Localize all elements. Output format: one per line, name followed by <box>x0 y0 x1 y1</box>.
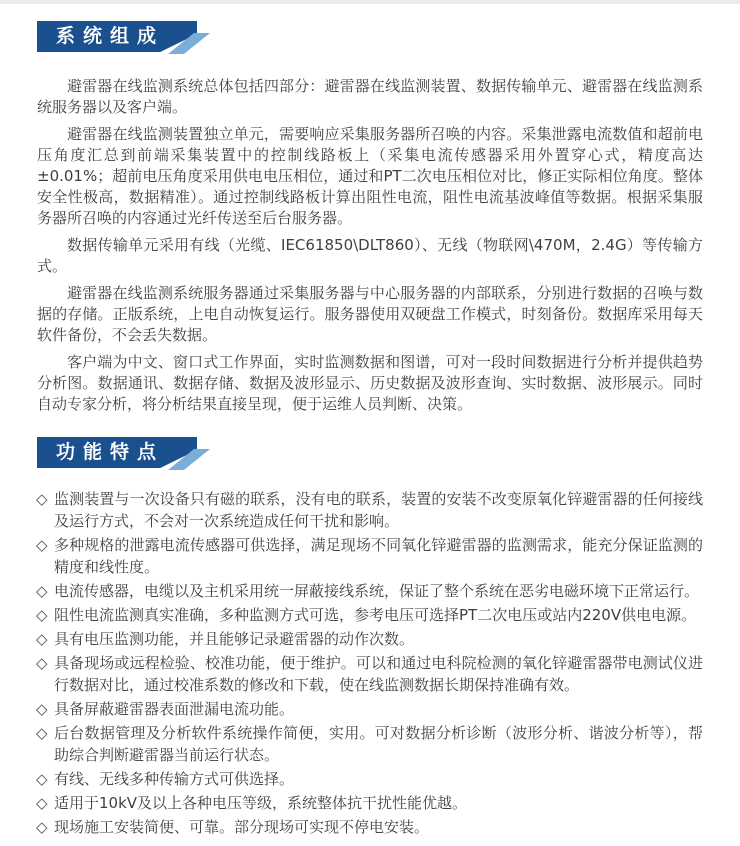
diamond-bullet-icon: ◇ <box>36 534 48 556</box>
feature-item: ◇有线、无线多种传输方式可供选择。 <box>37 768 703 790</box>
section-title-features: 功能特点 <box>37 443 164 462</box>
section-title-system-composition: 系统组成 <box>37 27 164 46</box>
feature-item-text: 适用于10kV及以上各种电压等级，系统整体抗干扰性能优越。 <box>54 794 467 812</box>
diamond-bullet-icon: ◇ <box>36 652 48 674</box>
feature-item-text: 具有电压监测功能，并且能够记录避雷器的动作次数。 <box>54 630 414 648</box>
diamond-bullet-icon: ◇ <box>36 604 48 626</box>
diamond-bullet-icon: ◇ <box>36 816 48 838</box>
feature-item: ◇具有电压监测功能，并且能够记录避雷器的动作次数。 <box>37 628 703 650</box>
document-page: 系统组成 避雷器在线监测系统总体包括四部分：避雷器在线监测装置、数据传输单元、避… <box>0 21 740 838</box>
feature-item-text: 后台数据管理及分析软件系统操作简便，实用。可对数据分析诊断（波形分析、谐波分析等… <box>54 724 703 764</box>
diamond-bullet-icon: ◇ <box>36 792 48 814</box>
feature-item-text: 有线、无线多种传输方式可供选择。 <box>54 770 294 788</box>
feature-item: ◇阻性电流监测真实准确，多种监测方式可选，参考电压可选择PT二次电压或站内220… <box>37 604 703 626</box>
diamond-bullet-icon: ◇ <box>36 628 48 650</box>
banner-background: 功能特点 <box>37 437 197 468</box>
feature-item: ◇具备现场或远程检验、校准功能，便于维护。可以和通过电科院检测的氧化锌避雷器带电… <box>37 652 703 696</box>
feature-item: ◇具备屏蔽避雷器表面泄漏电流功能。 <box>37 698 703 720</box>
feature-item: ◇电流传感器，电缆以及主机采用统一屏蔽接线系统，保证了整个系统在恶劣电磁环境下正… <box>37 580 703 602</box>
feature-item-text: 多种规格的泄露电流传感器可供选择，满足现场不同氧化锌避雷器的监测需求，能充分保证… <box>54 536 703 576</box>
system-composition-paragraphs: 避雷器在线监测系统总体包括四部分：避雷器在线监测装置、数据传输单元、避雷器在线监… <box>37 76 703 415</box>
feature-item: ◇适用于10kV及以上各种电压等级，系统整体抗干扰性能优越。 <box>37 792 703 814</box>
feature-item: ◇监测装置与一次设备只有磁的联系，没有电的联系，装置的安装不改变原氧化锌避雷器的… <box>37 488 703 532</box>
diamond-bullet-icon: ◇ <box>36 722 48 744</box>
paragraph: 客户端为中文、窗口式工作界面，实时监测数据和图谱，可对一段时间数据进行分析并提供… <box>37 352 703 415</box>
diamond-bullet-icon: ◇ <box>36 580 48 602</box>
paragraph: 避雷器在线监测系统服务器通过采集服务器与中心服务器的内部联系，分别进行数据的召唤… <box>37 283 703 346</box>
section-header-system-composition: 系统组成 <box>37 21 197 52</box>
section-header-features: 功能特点 <box>37 437 197 468</box>
diamond-bullet-icon: ◇ <box>36 698 48 720</box>
feature-item-text: 现场施工安装简便、可靠。部分现场可实现不停电安装。 <box>54 818 429 836</box>
banner-background: 系统组成 <box>37 21 197 52</box>
feature-item-text: 具备屏蔽避雷器表面泄漏电流功能。 <box>54 700 294 718</box>
feature-list: ◇监测装置与一次设备只有磁的联系，没有电的联系，装置的安装不改变原氧化锌避雷器的… <box>37 488 703 838</box>
paragraph: 避雷器在线监测系统总体包括四部分：避雷器在线监测装置、数据传输单元、避雷器在线监… <box>37 76 703 118</box>
feature-item-text: 阻性电流监测真实准确，多种监测方式可选，参考电压可选择PT二次电压或站内220V… <box>54 606 696 624</box>
feature-item-text: 电流传感器，电缆以及主机采用统一屏蔽接线系统，保证了整个系统在恶劣电磁环境下正常… <box>54 582 699 600</box>
page-top-strip <box>0 0 740 4</box>
feature-item: ◇现场施工安装简便、可靠。部分现场可实现不停电安装。 <box>37 816 703 838</box>
paragraph: 避雷器在线监测装置独立单元，需要响应采集服务器所召唤的内容。采集泄露电流数值和超… <box>37 124 703 229</box>
diamond-bullet-icon: ◇ <box>36 768 48 790</box>
feature-item: ◇多种规格的泄露电流传感器可供选择，满足现场不同氧化锌避雷器的监测需求，能充分保… <box>37 534 703 578</box>
feature-item-text: 监测装置与一次设备只有磁的联系，没有电的联系，装置的安装不改变原氧化锌避雷器的任… <box>54 490 703 530</box>
diamond-bullet-icon: ◇ <box>36 488 48 510</box>
feature-item-text: 具备现场或远程检验、校准功能，便于维护。可以和通过电科院检测的氧化锌避雷器带电测… <box>54 654 703 694</box>
feature-item: ◇后台数据管理及分析软件系统操作简便，实用。可对数据分析诊断（波形分析、谐波分析… <box>37 722 703 766</box>
paragraph: 数据传输单元采用有线（光缆、IEC61850\DLT860）、无线（物联网\47… <box>37 235 703 277</box>
